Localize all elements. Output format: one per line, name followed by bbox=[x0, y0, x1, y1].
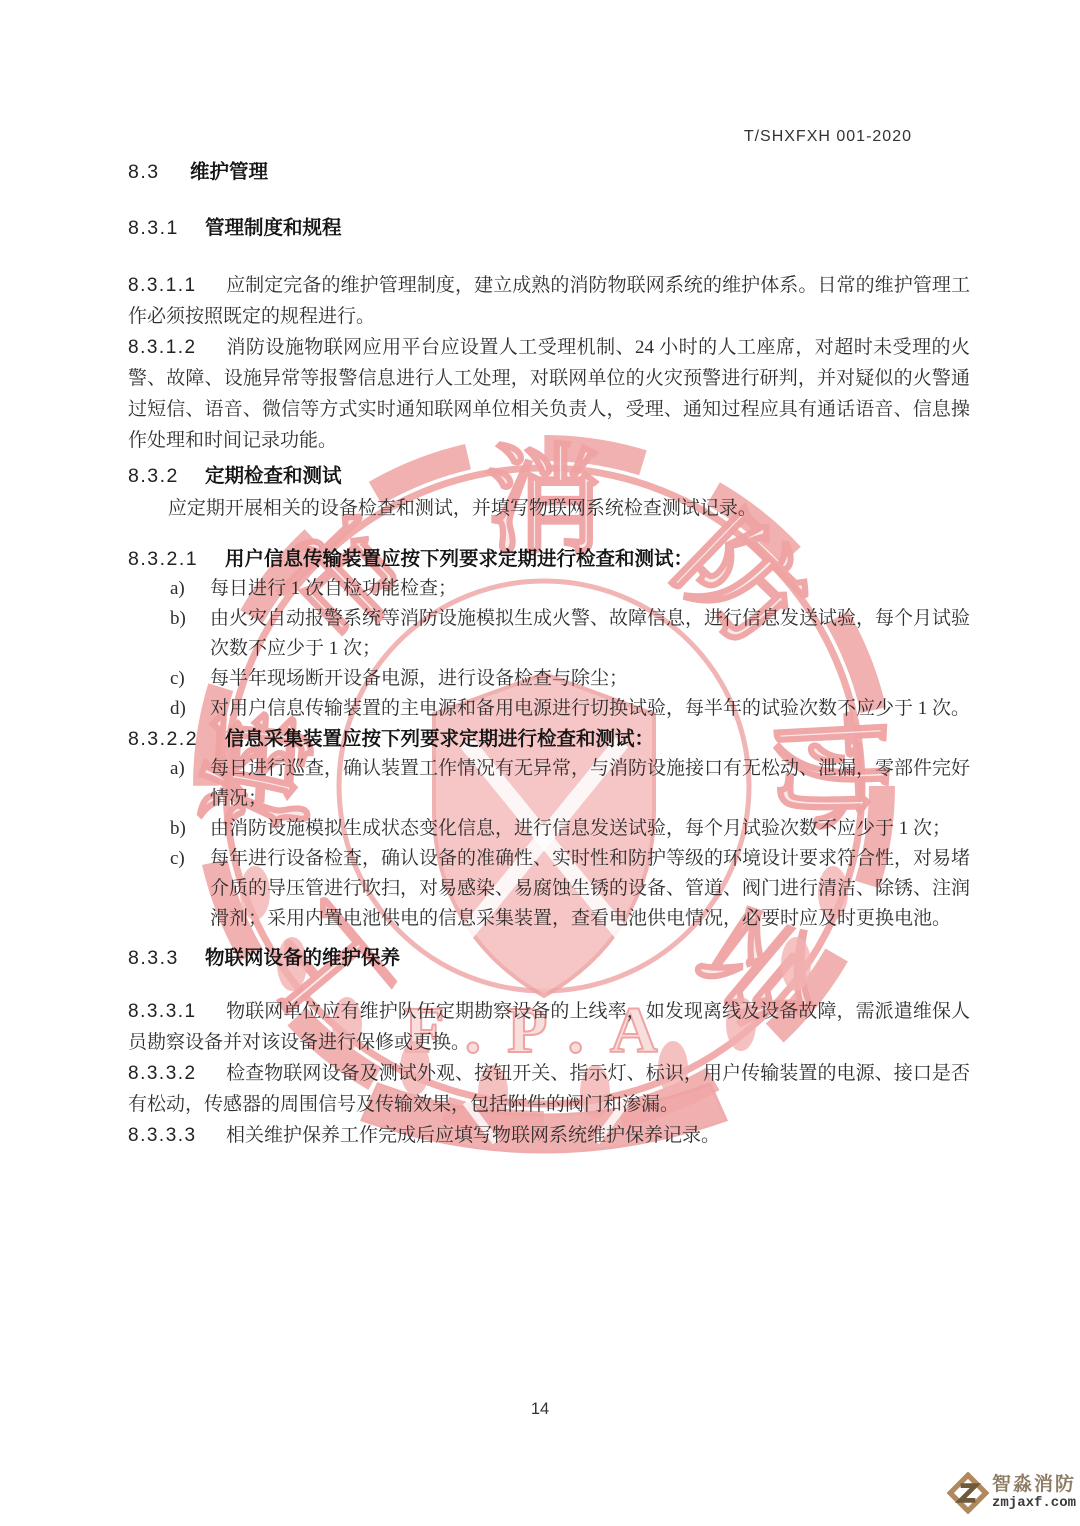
clause-number: 8.3.2 bbox=[128, 464, 205, 488]
list-text: 由火灾自动报警系统等消防设施模拟生成火警、故障信息，进行信息发送试验，每个月试验… bbox=[210, 604, 970, 664]
section-heading-8-3: 8.3维护管理 bbox=[128, 160, 970, 184]
list-label: a) bbox=[170, 574, 210, 604]
clause-text: 消防设施物联网应用平台应设置人工受理机制、24 小时的人工座席，对超时未受理的火… bbox=[128, 337, 970, 451]
site-logo: 智淼消防 zmjaxf.com bbox=[947, 1472, 1076, 1514]
heading-text: 信息采集装置应按下列要求定期进行检查和测试： bbox=[225, 728, 654, 750]
list-item-b: b)由火灾自动报警系统等消防设施模拟生成火警、故障信息，进行信息发送试验，每个月… bbox=[170, 604, 970, 664]
logo-url: zmjaxf.com bbox=[992, 1496, 1076, 1511]
clause-text: 检查物联网设备及测试外观、按钮开关、指示灯、标识，用户传输装置的电源、接口是否有… bbox=[128, 1063, 970, 1115]
heading-text: 用户信息传输装置应按下列要求定期进行检查和测试： bbox=[225, 548, 693, 570]
section-heading-8-3-2: 8.3.2定期检查和测试 bbox=[128, 464, 970, 488]
list-label: a) bbox=[170, 754, 210, 814]
list-item-a: a)每日进行 1 次自检功能检查； bbox=[170, 574, 970, 604]
clause-text: 物联网单位应有维护队伍定期勘察设备的上线率，如发现离线及设备故障，需派遣维保人员… bbox=[128, 1001, 970, 1053]
list-text: 每日进行巡查，确认装置工作情况有无异常，与消防设施接口有无松动、泄漏，零部件完好… bbox=[210, 754, 970, 814]
list-label: b) bbox=[170, 814, 210, 844]
logo-name: 智淼消防 bbox=[992, 1475, 1076, 1496]
section-heading-8-3-2-2: 8.3.2.2信息采集装置应按下列要求定期进行检查和测试： bbox=[128, 724, 970, 754]
section-heading-8-3-1: 8.3.1管理制度和规程 bbox=[128, 216, 970, 240]
page-number: 14 bbox=[0, 1400, 1080, 1419]
heading-text: 管理制度和规程 bbox=[205, 217, 342, 239]
list-label: c) bbox=[170, 844, 210, 934]
clause-number: 8.3.3.2 bbox=[128, 1058, 226, 1089]
list-item-c: c)每半年现场断开设备电源，进行设备检查与除尘； bbox=[170, 664, 970, 694]
clause-number: 8.3.2.2 bbox=[128, 724, 225, 754]
clause-text: 应制定完备的维护管理制度，建立成熟的消防物联网系统的维护体系。日常的维护管理工作… bbox=[128, 275, 970, 327]
clause-number: 8.3.1.2 bbox=[128, 332, 226, 363]
list-item-a: a)每日进行巡查，确认装置工作情况有无异常，与消防设施接口有无松动、泄漏，零部件… bbox=[170, 754, 970, 814]
clause-number: 8.3.2.1 bbox=[128, 544, 225, 574]
heading-text: 定期检查和测试 bbox=[205, 465, 342, 487]
list-text: 每日进行 1 次自检功能检查； bbox=[210, 574, 970, 604]
list-label: b) bbox=[170, 604, 210, 664]
clause-number: 8.3 bbox=[128, 160, 190, 184]
list-item-b: b)由消防设施模拟生成状态变化信息，进行信息发送试验，每个月试验次数不应少于 1… bbox=[170, 814, 970, 844]
clause-number: 8.3.3.3 bbox=[128, 1120, 226, 1151]
list-text: 对用户信息传输装置的主电源和备用电源进行切换试验，每半年的试验次数不应少于 1 … bbox=[210, 694, 970, 724]
clause-8-3-3-1: 8.3.3.1物联网单位应有维护队伍定期勘察设备的上线率，如发现离线及设备故障，… bbox=[128, 996, 970, 1058]
section-heading-8-3-2-1: 8.3.2.1用户信息传输装置应按下列要求定期进行检查和测试： bbox=[128, 544, 970, 574]
section-heading-8-3-3: 8.3.3物联网设备的维护保养 bbox=[128, 946, 970, 970]
clause-8-3-2-intro: 应定期开展相关的设备检查和测试，并填写物联网系统检查测试记录。 bbox=[128, 494, 970, 524]
list-item-d: d)对用户信息传输装置的主电源和备用电源进行切换试验，每半年的试验次数不应少于 … bbox=[170, 694, 970, 724]
zhimiao-logo-icon bbox=[947, 1472, 989, 1514]
heading-text: 物联网设备的维护保养 bbox=[205, 947, 400, 969]
clause-8-3-1-1: 8.3.1.1应制定完备的维护管理制度，建立成熟的消防物联网系统的维护体系。日常… bbox=[128, 270, 970, 332]
list-item-c: c)每年进行设备检查，确认设备的准确性、实时性和防护等级的环境设计要求符合性，对… bbox=[170, 844, 970, 934]
clause-number: 8.3.3 bbox=[128, 946, 205, 970]
clause-8-3-3-3: 8.3.3.3相关维护保养工作完成后应填写物联网系统维护保养记录。 bbox=[128, 1120, 970, 1151]
heading-text: 维护管理 bbox=[190, 161, 268, 183]
clause-number: 8.3.1.1 bbox=[128, 270, 226, 301]
document-page: 上 海 市 消 防 协 会 F.P.A bbox=[0, 0, 1080, 1526]
clause-number: 8.3.3.1 bbox=[128, 996, 226, 1027]
list-label: c) bbox=[170, 664, 210, 694]
clause-8-3-3-2: 8.3.3.2检查物联网设备及测试外观、按钮开关、指示灯、标识，用户传输装置的电… bbox=[128, 1058, 970, 1120]
clause-number: 8.3.1 bbox=[128, 216, 205, 240]
list-text: 由消防设施模拟生成状态变化信息，进行信息发送试验，每个月试验次数不应少于 1 次… bbox=[210, 814, 970, 844]
logo-text: 智淼消防 zmjaxf.com bbox=[992, 1475, 1076, 1511]
document-content: 8.3维护管理 8.3.1管理制度和规程 8.3.1.1应制定完备的维护管理制度… bbox=[128, 160, 970, 1151]
doc-number: T/SHXFXH 001-2020 bbox=[744, 128, 912, 146]
clause-text: 相关维护保养工作完成后应填写物联网系统维护保养记录。 bbox=[226, 1125, 720, 1146]
list-label: d) bbox=[170, 694, 210, 724]
clause-8-3-1-2: 8.3.1.2消防设施物联网应用平台应设置人工受理机制、24 小时的人工座席，对… bbox=[128, 332, 970, 456]
list-text: 每年进行设备检查，确认设备的准确性、实时性和防护等级的环境设计要求符合性，对易堵… bbox=[210, 844, 970, 934]
list-text: 每半年现场断开设备电源，进行设备检查与除尘； bbox=[210, 664, 970, 694]
